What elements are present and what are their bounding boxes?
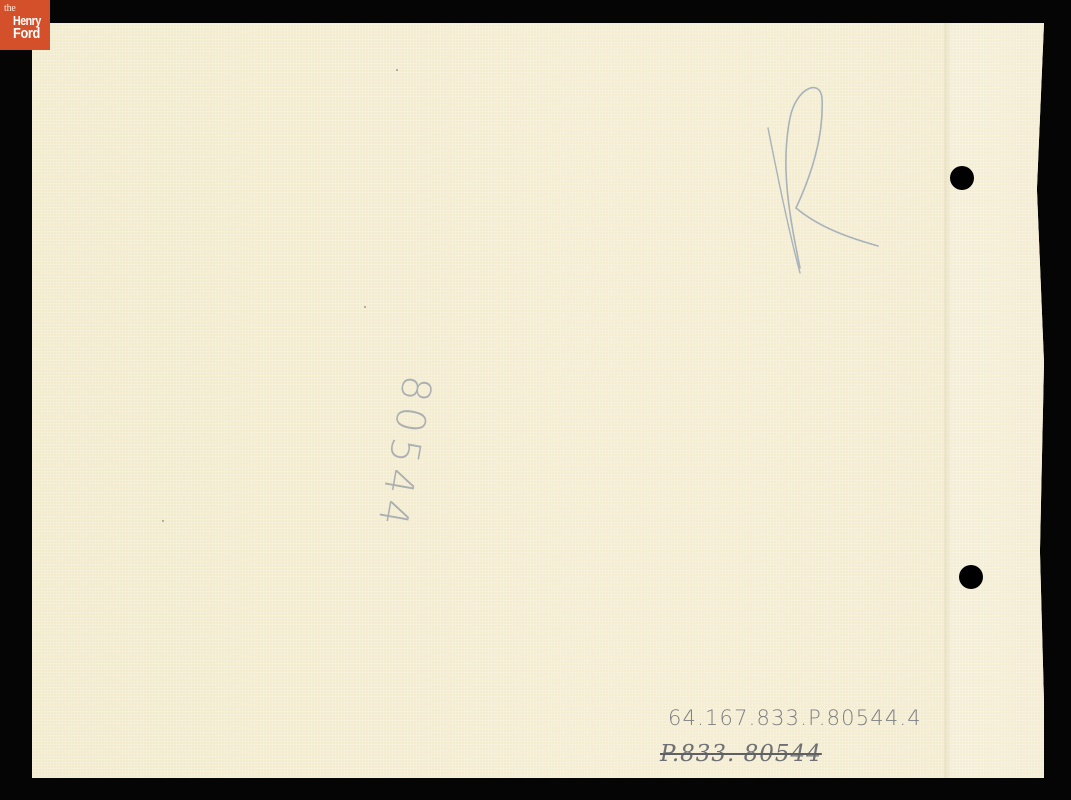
punch-hole-top [950,166,974,190]
punch-hole-bottom [959,565,983,589]
document-paper [32,23,1044,778]
mount-fold-strip [944,23,1044,778]
paper-speck [396,69,398,71]
logo-text-ford: Ford [13,25,40,42]
struck-through-old-number: P.833. 80544 [660,741,822,767]
paper-speck [364,306,366,308]
pencil-r-mark-icon [760,78,890,278]
catalog-number: 64.167.833.P.80544.4 [668,706,922,730]
henry-ford-logo[interactable]: the Henry Ford [0,0,50,50]
paper-speck [162,520,164,522]
